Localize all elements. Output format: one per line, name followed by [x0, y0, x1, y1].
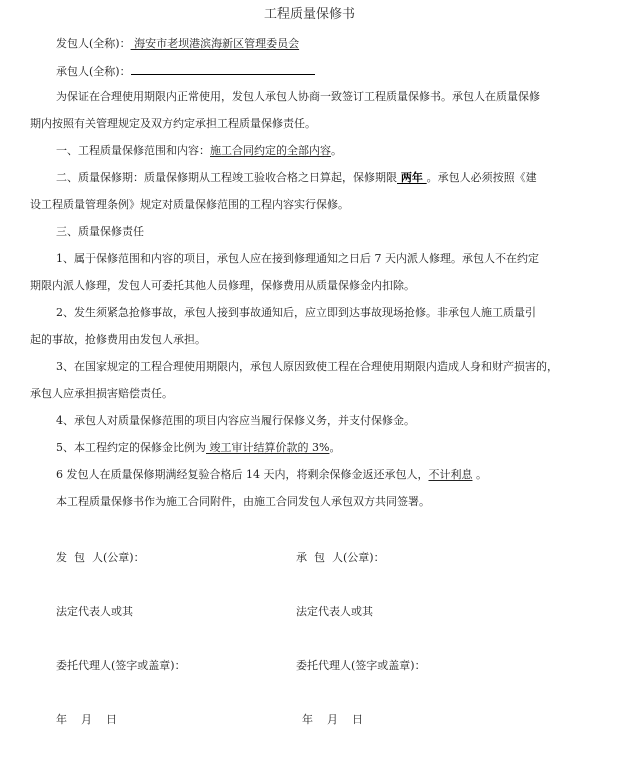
item-6-suffix: 。	[472, 468, 487, 481]
contractor-rep-label: 法定代表人或其	[296, 605, 373, 619]
item-3-line-2: 承包人应承担损害赔偿责任。	[30, 387, 173, 401]
section-1-suffix: 。	[331, 144, 342, 157]
retention-ratio-value: 竣工审计结算价款的 3%	[206, 441, 329, 454]
section-3-heading: 三、质量保修责任	[56, 225, 144, 239]
closing-statement: 本工程质量保修书作为施工合同附件，由施工合同发包人承包双方共同签署。	[56, 495, 430, 509]
employer-date-label: 年 月 日	[56, 713, 117, 727]
employer-label: 发包人(全称)：	[56, 37, 131, 50]
item-2-line-1: 2、发生须紧急抢修事故，承包人接到事故通知后，应立即到达事故现场抢修。非承包人施…	[56, 306, 536, 320]
contractor-line: 承包人(全称)：	[56, 63, 315, 79]
item-2-line-2: 起的事故，抢修费用由发包人承担。	[30, 333, 206, 347]
intro-line-1: 为保证在合理使用期限内正常使用，发包人承包人协商一致签订工程质量保修书。承包人在…	[56, 90, 540, 104]
employer-line: 发包人(全称)： 海安市老坝港滨海新区管理委员会	[56, 37, 299, 51]
section-1-label: 一、工程质量保修范围和内容：	[56, 144, 210, 157]
document-title: 工程质量保修书	[0, 8, 619, 22]
contractor-seal-label: 承 包 人(公章)：	[296, 551, 385, 565]
interest-value: 不计利息	[428, 468, 472, 481]
section-2-line-2: 设工程质量管理条例》规定对质量保修范围的工程内容实行保修。	[30, 198, 349, 212]
item-6-label: 6 发包人在质量保修期满经复验合格后 14 天内，将剩余保修金返还承包人，	[56, 468, 428, 481]
item-4: 4、承包人对质量保修范围的项目内容应当履行保修义务，并支付保修金。	[56, 414, 415, 428]
employer-seal-label: 发 包 人(公章)：	[56, 551, 145, 565]
contractor-blank-field	[131, 63, 315, 75]
contractor-date-label: 年 月 日	[302, 713, 363, 727]
section-1-value: 施工合同约定的全部内容	[210, 144, 331, 157]
employer-agent-label: 委托代理人(签字或盖章)：	[56, 659, 186, 673]
section-2: 二、质量保修期：质量保修期从工程竣工验收合格之日算起，保修期限 两年 。承包人必…	[56, 171, 537, 185]
warranty-period-value: 两年	[397, 171, 427, 184]
contractor-label: 承包人(全称)：	[56, 65, 131, 78]
section-2-label: 二、质量保修期：质量保修期从工程竣工验收合格之日算起，保修期限	[56, 171, 397, 184]
section-2-suffix: 。承包人必须按照《建	[427, 171, 537, 184]
item-6: 6 发包人在质量保修期满经复验合格后 14 天内，将剩余保修金返还承包人，不计利…	[56, 468, 487, 482]
item-1-line-1: 1、属于保修范围和内容的项目，承包人应在接到修理通知之日后 7 天内派人修理。承…	[56, 252, 539, 266]
item-5-label: 5、本工程约定的保修金比例为	[56, 441, 206, 454]
employer-value: 海安市老坝港滨海新区管理委员会	[131, 37, 300, 50]
item-1-line-2: 期限内派人修理，发包人可委托其他人员修理，保修费用从质量保修金内扣除。	[30, 279, 415, 293]
contractor-agent-label: 委托代理人(签字或盖章)：	[296, 659, 426, 673]
employer-rep-label: 法定代表人或其	[56, 605, 133, 619]
section-1: 一、工程质量保修范围和内容：施工合同约定的全部内容。	[56, 144, 342, 158]
intro-line-2: 期内按照有关管理规定及双方约定承担工程质量保修责任。	[30, 117, 316, 131]
item-3-line-1: 3、在国家规定的工程合理使用期限内，承包人原因致使工程在合理使用期限内造成人身和…	[56, 360, 558, 374]
item-5-suffix: 。	[329, 441, 340, 454]
item-5: 5、本工程约定的保修金比例为 竣工审计结算价款的 3%。	[56, 441, 340, 455]
